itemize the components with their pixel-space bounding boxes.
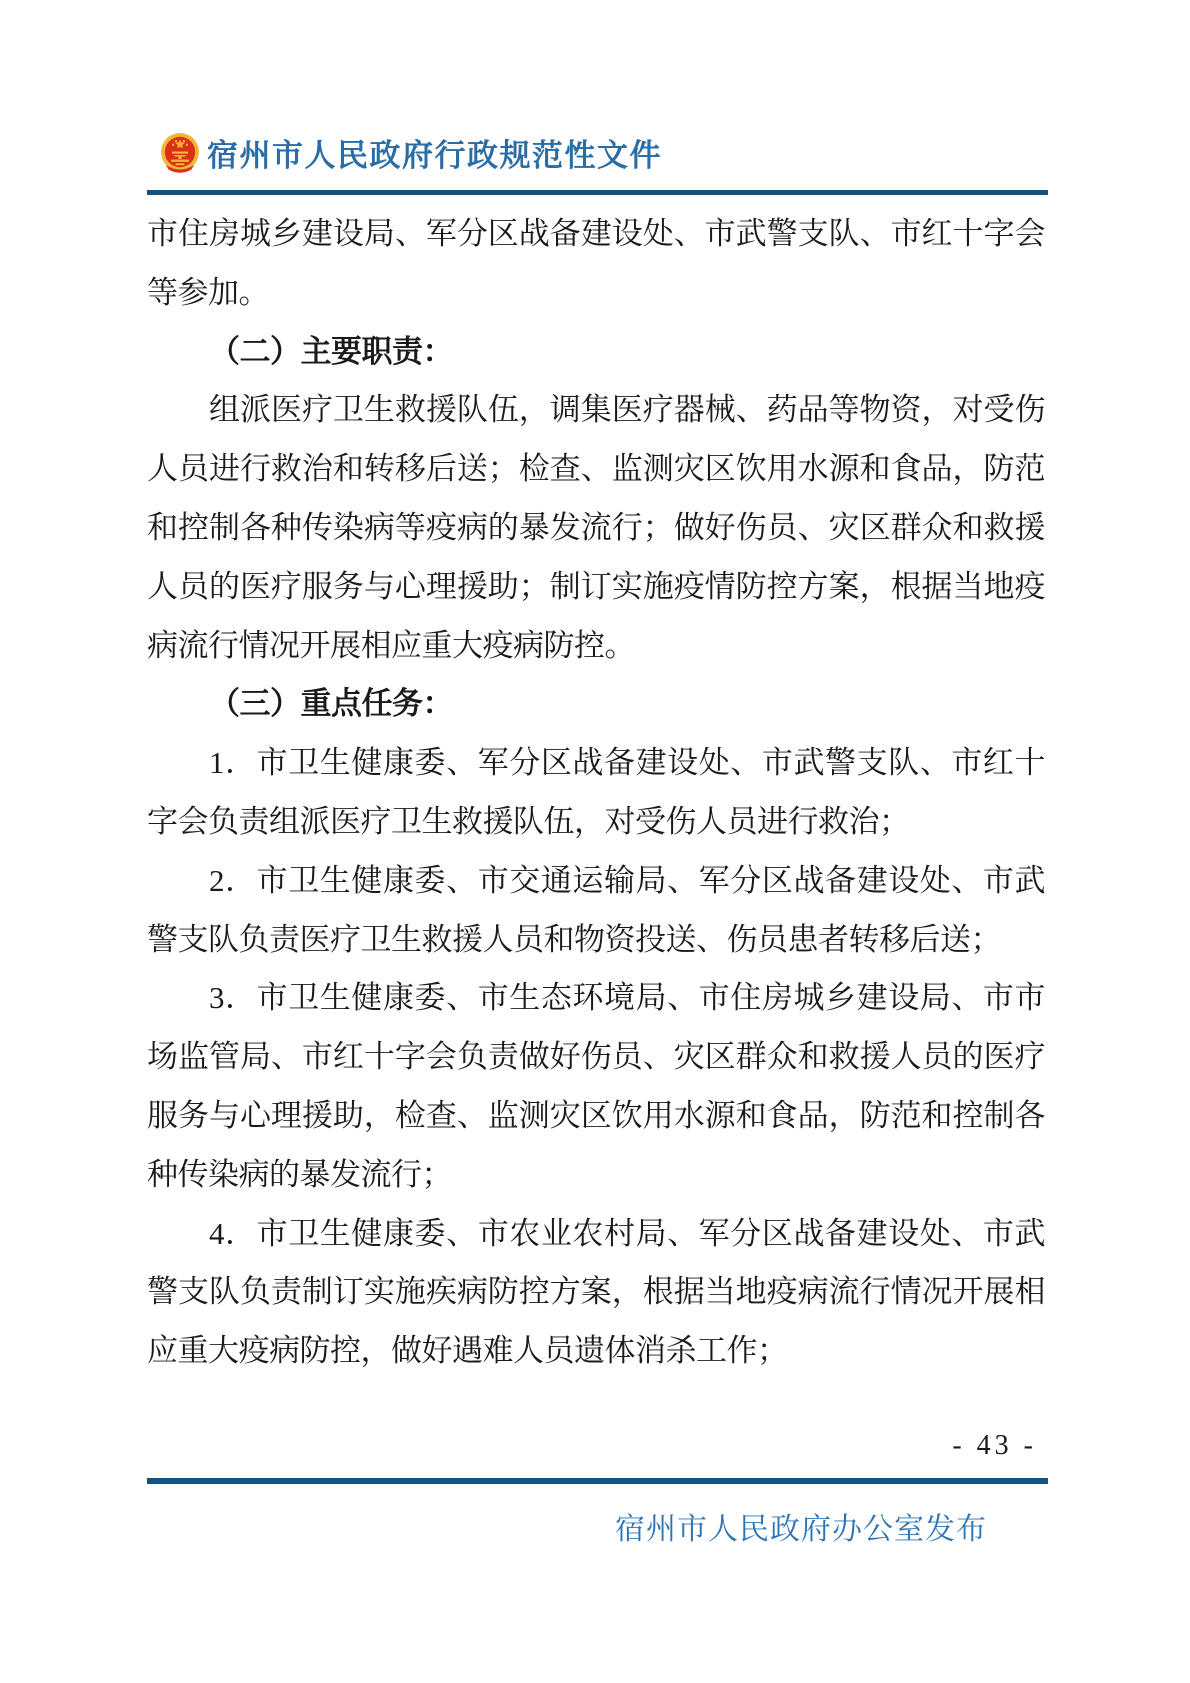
header-divider [147,190,1048,195]
list-item-3: 3．市卫生健康委、市生态环境局、市住房城乡建设局、市市场监管局、市红十字会负责做… [147,969,1045,1204]
section-heading: （二）主要职责： [147,323,1045,382]
section-heading: （三）重点任务： [147,675,1045,734]
page-number: - 43 - [952,1430,1037,1462]
list-item-2: 2．市卫生健康委、市交通运输局、军分区战备建设处、市武警支队负责医疗卫生救援人员… [147,852,1045,970]
body-paragraph: 市住房城乡建设局、军分区战备建设处、市武警支队、市红十字会等参加。 [147,205,1045,323]
list-item-4: 4．市卫生健康委、市农业农村局、军分区战备建设处、市武警支队负责制订实施疾病防控… [147,1205,1045,1381]
document-header-title: 宿州市人民政府行政规范性文件 [207,130,662,175]
footer-divider [147,1478,1048,1484]
publisher-line: 宿州市人民政府办公室发布 [615,1504,987,1548]
list-item-1: 1．市卫生健康委、军分区战备建设处、市武警支队、市红十字会负责组派医疗卫生救援队… [147,734,1045,852]
body-paragraph: 组派医疗卫生救援队伍，调集医疗器械、药品等物资，对受伤人员进行救治和转移后送；检… [147,381,1045,675]
document-page: 宿州市人民政府行政规范性文件 市住房城乡建设局、军分区战备建设处、市武警支队、市… [0,0,1190,1683]
national-emblem-icon [158,131,202,175]
document-body: 市住房城乡建设局、军分区战备建设处、市武警支队、市红十字会等参加。 （二）主要职… [147,205,1045,1381]
document-header: 宿州市人民政府行政规范性文件 [147,118,1048,180]
